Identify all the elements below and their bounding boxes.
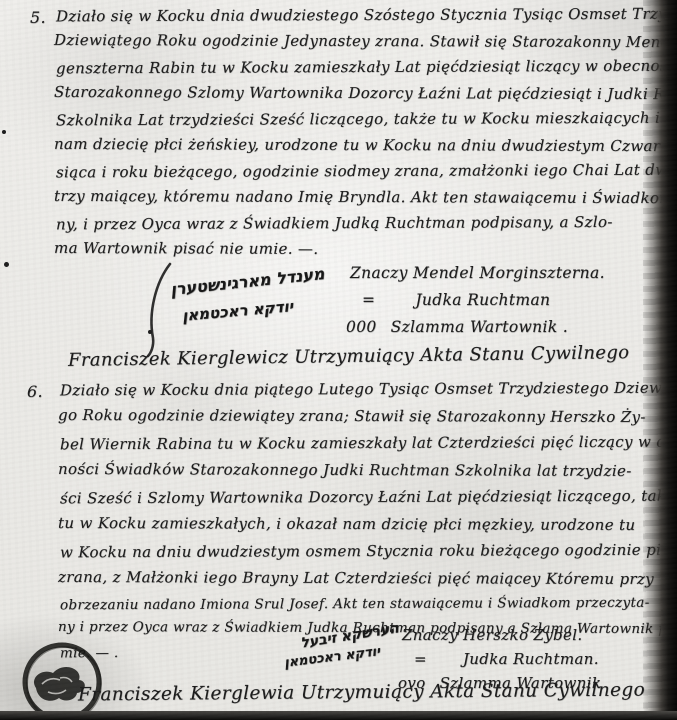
entry-6-number: 6.: [27, 382, 43, 401]
signature-name: Szlamma Wartownik .: [391, 318, 568, 336]
entry-5-line: Szkolnika Lat trzydzieści Sześć licząceg…: [56, 109, 664, 138]
entry-6-line: obrzezaniu nadano Imiona Srul Josef. Akt…: [60, 595, 664, 622]
entry-6-line: w Kocku na dniu dwudziestym osmem Styczn…: [60, 541, 664, 571]
entry-5-line: siąca i roku bieżącego, ogodzinie siodme…: [56, 161, 664, 190]
page-bottom-edge: [0, 711, 677, 720]
entry-6-line: go Roku ogodzinie dziewiątey zrana; Staw…: [58, 406, 664, 435]
ink-speck: [148, 330, 152, 334]
entry-5-line: trzy maiącey, któremu nadano Imię Bryndl…: [54, 187, 664, 215]
signature-row: Znaczy Herszko Żybel.: [388, 626, 601, 650]
signature-row: =Judka Ruchtman.: [388, 650, 601, 674]
hebrew-signature-ruchtman: יודקא ראכטמאן: [181, 297, 293, 325]
signature-name: Judka Ruchtman.: [463, 650, 599, 668]
signature-name: Znaczy Mendel Morginszterna.: [350, 264, 605, 282]
circles-mark: 000: [346, 318, 377, 336]
entry-6-text: Działo się w Kocku dnia piątego Lutego T…: [58, 380, 664, 668]
signature-flourish-stroke: [140, 260, 180, 360]
entry-5-line: Starozakonnego Szlomy Wartownika Dozorcy…: [54, 83, 664, 111]
entry-5-text: Działo się w Kocku dnia dwudziestego Szó…: [54, 6, 664, 266]
register-page-scan: 5. Działo się w Kocku dnia dwudziestego …: [0, 0, 677, 720]
equals-mark: =: [414, 650, 427, 668]
entry-5-line: Dziewiątego Roku ogodzinie Jedynastey zr…: [54, 31, 664, 59]
ink-speck: [2, 130, 6, 134]
page-binding-edge: [643, 0, 677, 720]
entry-6-line: tu w Kocku zamieszkałych, i okazał nam d…: [58, 514, 664, 543]
signature-name: Judka Ruchtman: [415, 291, 550, 309]
entry-6-line: zrana, z Małżonki iego Brayny Lat Czterd…: [58, 568, 664, 597]
entry-5-line: genszterna Rabin tu w Kocku zamieszkały …: [56, 57, 664, 86]
entry-6-line: Działo się w Kocku dnia piątego Lutego T…: [60, 379, 664, 409]
entry-5-line: ny, i przez Oyca wraz z Świadkiem Judką …: [56, 213, 664, 242]
hebrew-signature-morgensztern: מענדל מארגינשטערן: [169, 264, 325, 299]
entry-6-line: ności Świadków Starozakonnego Judki Ruch…: [58, 460, 664, 489]
signature-row: =Judka Ruchtman: [336, 291, 605, 318]
entry-5-line: nam dziecię płci żeńskiey, urodzone tu w…: [54, 135, 664, 163]
entry-5-line: Działo się w Kocku dnia dwudziestego Szó…: [56, 5, 664, 34]
ink-seal-stamp: [14, 640, 112, 720]
entry-5-number: 5.: [30, 8, 46, 27]
entry-6-line: ści Sześć i Szlomy Wartownika Dozorcy Ła…: [60, 487, 664, 517]
equals-mark: =: [362, 291, 375, 309]
entry-5-signature-block: Znaczy Mendel Morginszterna. =Judka Ruch…: [336, 264, 605, 345]
signature-row: Znaczy Mendel Morginszterna.: [336, 264, 605, 291]
signature-row: 000Szlamma Wartownik .: [336, 318, 605, 345]
signature-name: Znaczy Herszko Żybel.: [402, 626, 582, 644]
clerk-attestation-line-bottom: Franciszek Kierglewia Utrzymuiący Akta S…: [78, 680, 645, 706]
entry-6-line: bel Wiernik Rabina tu w Kocku zamieszkał…: [60, 433, 664, 463]
ink-speck: [4, 262, 9, 267]
